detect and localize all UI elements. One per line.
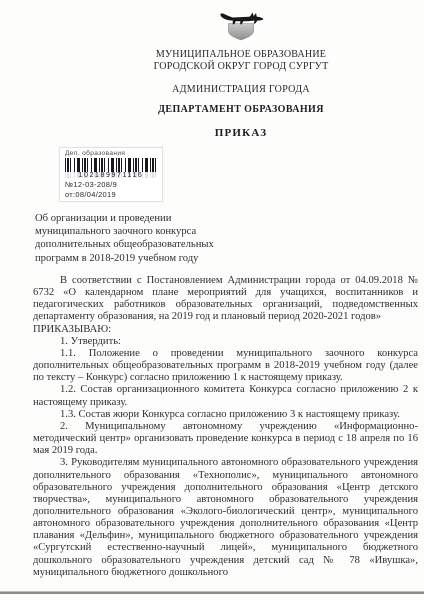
document-page: МУНИЦИПАЛЬНОЕ ОБРАЗОВАНИЕ ГОРОДСКОЙ ОКРУ…: [0, 0, 424, 600]
shield-shape: [228, 24, 254, 41]
subject-line: муниципального заочного конкурса: [35, 225, 295, 238]
registration-date: от:08/04/2019: [65, 190, 157, 199]
surgut-coat-of-arms-icon: [217, 6, 265, 50]
body-paragraph: 2. Муниципальному автономному учреждению…: [33, 421, 418, 457]
registration-stamp: Деп. образования 102189971116 №12-03-208…: [59, 147, 163, 202]
body-paragraph: 3. Руководителям муниципального автономн…: [33, 457, 418, 579]
document-subject: Об организации и проведениимуниципальног…: [35, 212, 295, 265]
subject-line: Об организации и проведении: [35, 212, 295, 225]
document-body: В соответствии с Постановлением Админист…: [33, 275, 418, 579]
department-line: ДЕПАРТАМЕНТ ОБРАЗОВАНИЯ: [56, 104, 424, 115]
administration-line: АДМИНИСТРАЦИЯ ГОРОДА: [56, 84, 424, 95]
registration-number: №12-03-208/9: [65, 180, 157, 189]
org-name-line1: МУНИЦИПАЛЬНОЕ ОБРАЗОВАНИЕ: [56, 49, 424, 61]
document-header: МУНИЦИПАЛЬНОЕ ОБРАЗОВАНИЕ ГОРОДСКОЙ ОКРУ…: [56, 49, 424, 139]
org-name-line2: ГОРОДСКОЙ ОКРУГ ГОРОД СУРГУТ: [56, 61, 424, 73]
subject-line: дополнительных общеобразовательных: [35, 238, 295, 251]
body-paragraph: 1.3. Состав жюри Конкурса согласно прило…: [33, 409, 418, 421]
body-paragraph: В соответствии с Постановлением Админист…: [33, 275, 418, 324]
body-paragraph: ПРИКАЗЫВАЮ:: [33, 324, 418, 336]
fox-icon: [220, 12, 263, 24]
stamp-department-label: Деп. образования: [65, 150, 157, 157]
subject-line: программ в 2018-2019 учебном году: [35, 252, 295, 265]
body-paragraph: 1.1. Положение о проведении муниципально…: [33, 348, 418, 384]
barcode-number: 102189971116: [65, 172, 157, 179]
document-type-title: ПРИКАЗ: [56, 127, 424, 139]
body-paragraph: 1. Утвердить:: [33, 336, 418, 348]
page-edge-line: [0, 591, 424, 594]
body-paragraph: 1.2. Состав организационного комитета Ко…: [33, 384, 418, 408]
